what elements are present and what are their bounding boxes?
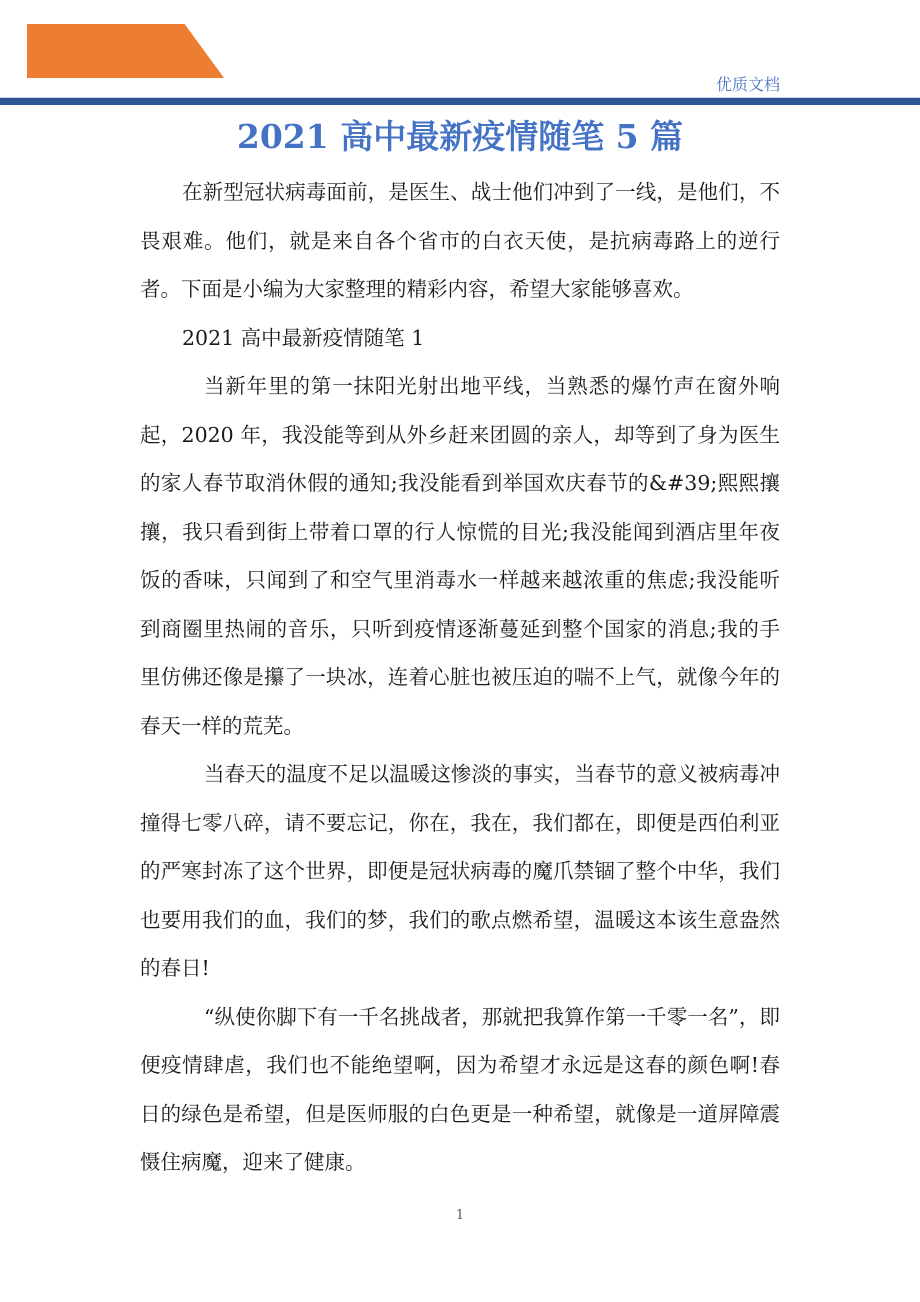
body-paragraph: 当新年里的第一抹阳光射出地平线，当熟悉的爆竹声在窗外响起，2020 年，我没能等… (140, 362, 780, 750)
header-divider (0, 98, 920, 105)
document-body: 在新型冠状病毒面前，是医生、战士他们冲到了一线，是他们，不畏艰难。他们，就是来自… (140, 168, 780, 1187)
page-number: 1 (0, 1208, 920, 1223)
intro-paragraph: 在新型冠状病毒面前，是医生、战士他们冲到了一线，是他们，不畏艰难。他们，就是来自… (140, 168, 780, 314)
body-paragraph: 当春天的温度不足以温暖这惨淡的事实，当春节的意义被病毒冲撞得七零八碎，请不要忘记… (140, 750, 780, 993)
section-heading: 2021 高中最新疫情随笔 1 (140, 314, 780, 363)
header-label: 优质文档 (716, 72, 780, 95)
header-orange-banner-shape (27, 24, 224, 78)
body-paragraph: “纵使你脚下有一千名挑战者，那就把我算作第一千零一名”，即便疫情肆虐，我们也不能… (140, 993, 780, 1187)
page-title: 2021 高中最新疫情随笔 5 篇 (0, 114, 920, 160)
